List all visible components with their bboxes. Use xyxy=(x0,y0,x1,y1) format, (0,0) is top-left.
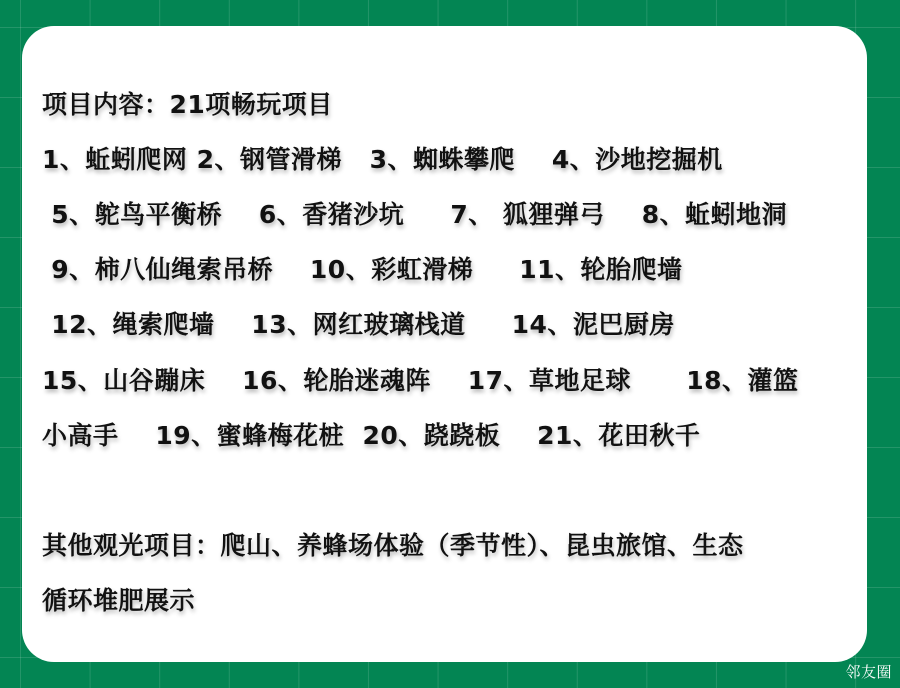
items-line-2: 5、鸵鸟平衡桥 6、香猪沙坑 7、 狐狸弹弓 8、蚯蚓地洞 xyxy=(42,200,787,230)
content-card: 项目内容：21项畅玩项目 1、蚯蚓爬网 2、钢管滑梯 3、蜘蛛攀爬 4、沙地挖掘… xyxy=(22,26,867,662)
items-line-6: 小高手 19、蜜蜂梅花桩 20、跷跷板 21、花田秋千 xyxy=(42,421,700,451)
other-projects-line-2: 循环堆肥展示 xyxy=(42,586,195,616)
items-line-3: 9、柿八仙绳索吊桥 10、彩虹滑梯 11、轮胎爬墙 xyxy=(42,255,683,285)
watermark: 邻友圈 xyxy=(845,661,892,682)
items-line-4: 12、绳索爬墙 13、网红玻璃栈道 14、泥巴厨房 xyxy=(42,310,675,340)
section-title: 项目内容：21项畅玩项目 xyxy=(42,90,333,120)
items-line-5: 15、山谷蹦床 16、轮胎迷魂阵 17、草地足球 18、灌篮 xyxy=(42,366,799,396)
other-projects-line-1: 其他观光项目：爬山、养蜂场体验（季节性）、昆虫旅馆、生态 xyxy=(42,531,744,561)
items-line-1: 1、蚯蚓爬网 2、钢管滑梯 3、蜘蛛攀爬 4、沙地挖掘机 xyxy=(42,145,723,175)
